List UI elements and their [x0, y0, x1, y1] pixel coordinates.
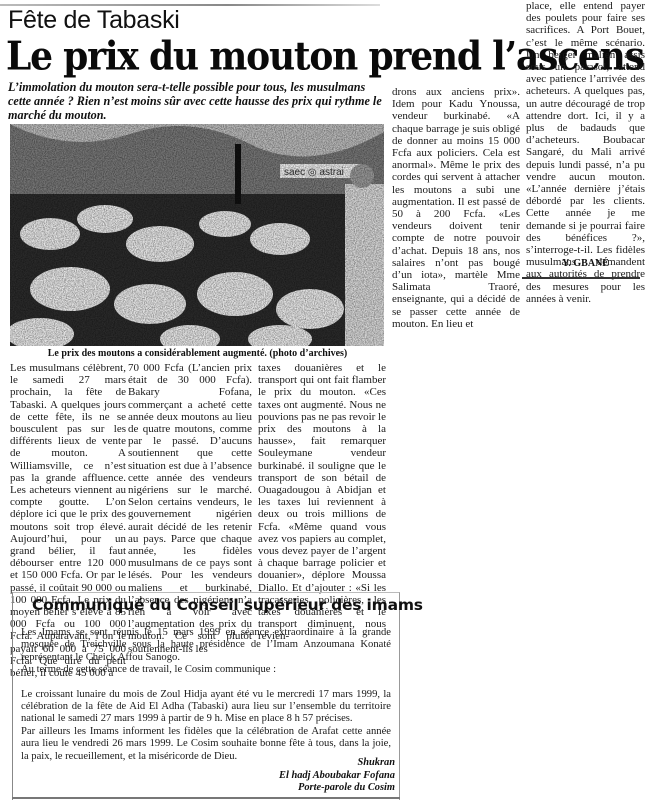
- signature-role: Porte-parole du Cosim: [200, 782, 395, 795]
- communique-signature: Shukran El hadj Aboubakar Fofana Porte-p…: [200, 757, 395, 795]
- article-lead: L’immolation du mouton sera-t-telle poss…: [8, 80, 383, 122]
- bottom-rule: [12, 797, 400, 799]
- communique-title: Communiqué du Conseil supérieur des imam…: [32, 596, 423, 614]
- photo-caption: Le prix des moutons a considérablement a…: [0, 348, 395, 359]
- author-byline: Y. GBANÉ: [526, 258, 645, 269]
- byline-rule: [522, 277, 640, 279]
- sheep-market-photo: saec ◎ astrai: [10, 124, 384, 346]
- communique-paragraph: Le croissant lunaire du mois de Zoul Hid…: [21, 689, 391, 726]
- article-kicker: Fête de Tabaski: [8, 6, 180, 35]
- communique-paragraph: Les Imams se sont réunis le 15 mars 1999…: [21, 627, 391, 664]
- paragraph-gap: [21, 677, 391, 689]
- communique-paragraph: Au terme de cette séance de travail, le …: [21, 664, 391, 676]
- signature-name: El hadj Aboubakar Fofana: [200, 770, 395, 783]
- column-text: drons aux anciens prix». Idem pour Kadu …: [392, 86, 520, 330]
- signature-closing: Shukran: [200, 757, 395, 770]
- communique-body: Les Imams se sont réunis le 15 mars 1999…: [21, 627, 391, 763]
- photo-illustration-icon: saec ◎ astrai: [10, 124, 384, 346]
- article-column-4: drons aux anciens prix». Idem pour Kadu …: [392, 86, 520, 330]
